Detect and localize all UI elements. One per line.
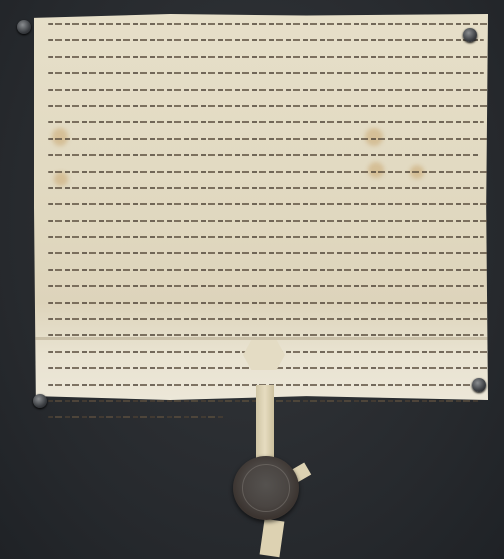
mounting-pin xyxy=(463,28,477,42)
mounting-pin xyxy=(17,20,31,34)
wax-seal xyxy=(233,456,299,520)
mounting-pin xyxy=(472,378,486,392)
seal-strap-knot xyxy=(243,340,285,370)
seal-impression xyxy=(242,464,290,512)
image-subject: Medieval parchment charter with hanging … xyxy=(0,0,1,1)
mounting-pin xyxy=(33,394,47,408)
